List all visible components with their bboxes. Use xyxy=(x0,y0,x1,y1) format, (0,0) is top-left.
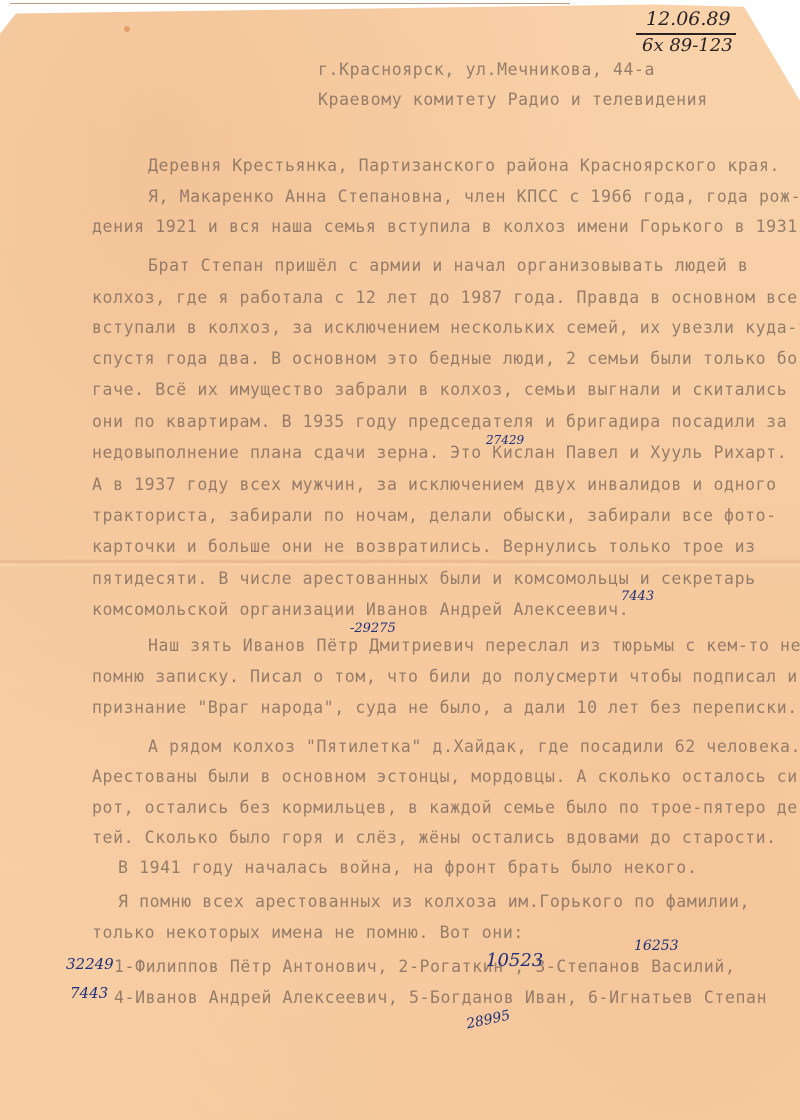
handwritten-annotation: 32249 xyxy=(66,955,114,973)
body-line: спустя года два. В основном это бедные л… xyxy=(92,349,800,368)
body-line: Арестованы были в основном эстонцы, морд… xyxy=(92,767,800,786)
body-line: признание "Враг народа", суда не было, а… xyxy=(92,698,798,717)
paper-stain xyxy=(124,26,130,32)
handwritten-annotation: 27429 xyxy=(486,433,524,447)
paper-fold-crease xyxy=(0,559,800,567)
body-line: Деревня Крестьянка, Партизанского района… xyxy=(148,156,780,175)
body-line: рот, остались без кормильцев, в каждой с… xyxy=(92,798,800,817)
body-line: Брат Степан пришёл с армии и начал орган… xyxy=(148,256,748,275)
address-line: Краевому комитету Радио и телевидения xyxy=(318,90,708,109)
body-line: комсомольской организации Иванов Андрей … xyxy=(92,600,629,619)
body-line: дения 1921 и вся наша семья вступила в к… xyxy=(92,217,800,236)
handwritten-annotation: -29275 xyxy=(350,621,396,636)
registration-number: 6x 89-123 xyxy=(642,35,733,56)
paper-edge xyxy=(10,3,570,4)
body-line: недовыполнение плана сдачи зерна. Это Ки… xyxy=(92,443,787,462)
handwritten-annotation: 7443 xyxy=(621,589,654,604)
body-line: карточки и больше они не возвратились. В… xyxy=(92,537,756,556)
registration-date: 12.06.89 xyxy=(646,8,731,30)
body-line: тей. Сколько было горя и слёз, жёны оста… xyxy=(92,828,777,847)
body-line: вступали в колхоз, за исключением нескол… xyxy=(92,318,800,337)
body-line: А в 1937 году всех мужчин, за исключение… xyxy=(92,475,777,494)
body-line: пятидесяти. В числе арестованных были и … xyxy=(92,569,756,588)
body-line: они по квартирам. В 1935 году председате… xyxy=(92,412,787,431)
body-line: колхоз, где я работала с 12 лет до 1987 … xyxy=(92,288,798,307)
body-line: только некоторых имена не помню. Вот они… xyxy=(92,923,524,942)
body-line: 4-Иванов Андрей Алексеевич, 5-Богданов И… xyxy=(114,988,767,1007)
body-line: тракториста, забирали по ночам, делали о… xyxy=(92,506,777,525)
body-line: А рядом колхоз "Пятилетка" д.Хайдак, где… xyxy=(148,737,800,756)
body-line: В 1941 году началась война, на фронт бра… xyxy=(118,858,697,877)
body-line: 1-Филиппов Пётр Антонович, 2-Рогаткин , … xyxy=(114,957,736,976)
body-line: Я помню всех арестованных из колхоза им.… xyxy=(118,892,750,911)
body-line: помню записку. Писал о том, что били до … xyxy=(92,667,798,686)
body-line: Я, Макаренко Анна Степановна, член КПСС … xyxy=(148,187,800,206)
handwritten-annotation: 10523 xyxy=(486,950,543,971)
body-line: Наш зять Иванов Пётр Дмитриевич переслал… xyxy=(148,636,800,655)
handwritten-annotation: 16253 xyxy=(634,938,679,954)
handwritten-annotation: 7443 xyxy=(70,984,108,1002)
body-line: гаче. Всё их имущество забрали в колхоз,… xyxy=(92,380,787,399)
address-line: г.Красноярск, ул.Мечникова, 44-а xyxy=(318,60,655,79)
